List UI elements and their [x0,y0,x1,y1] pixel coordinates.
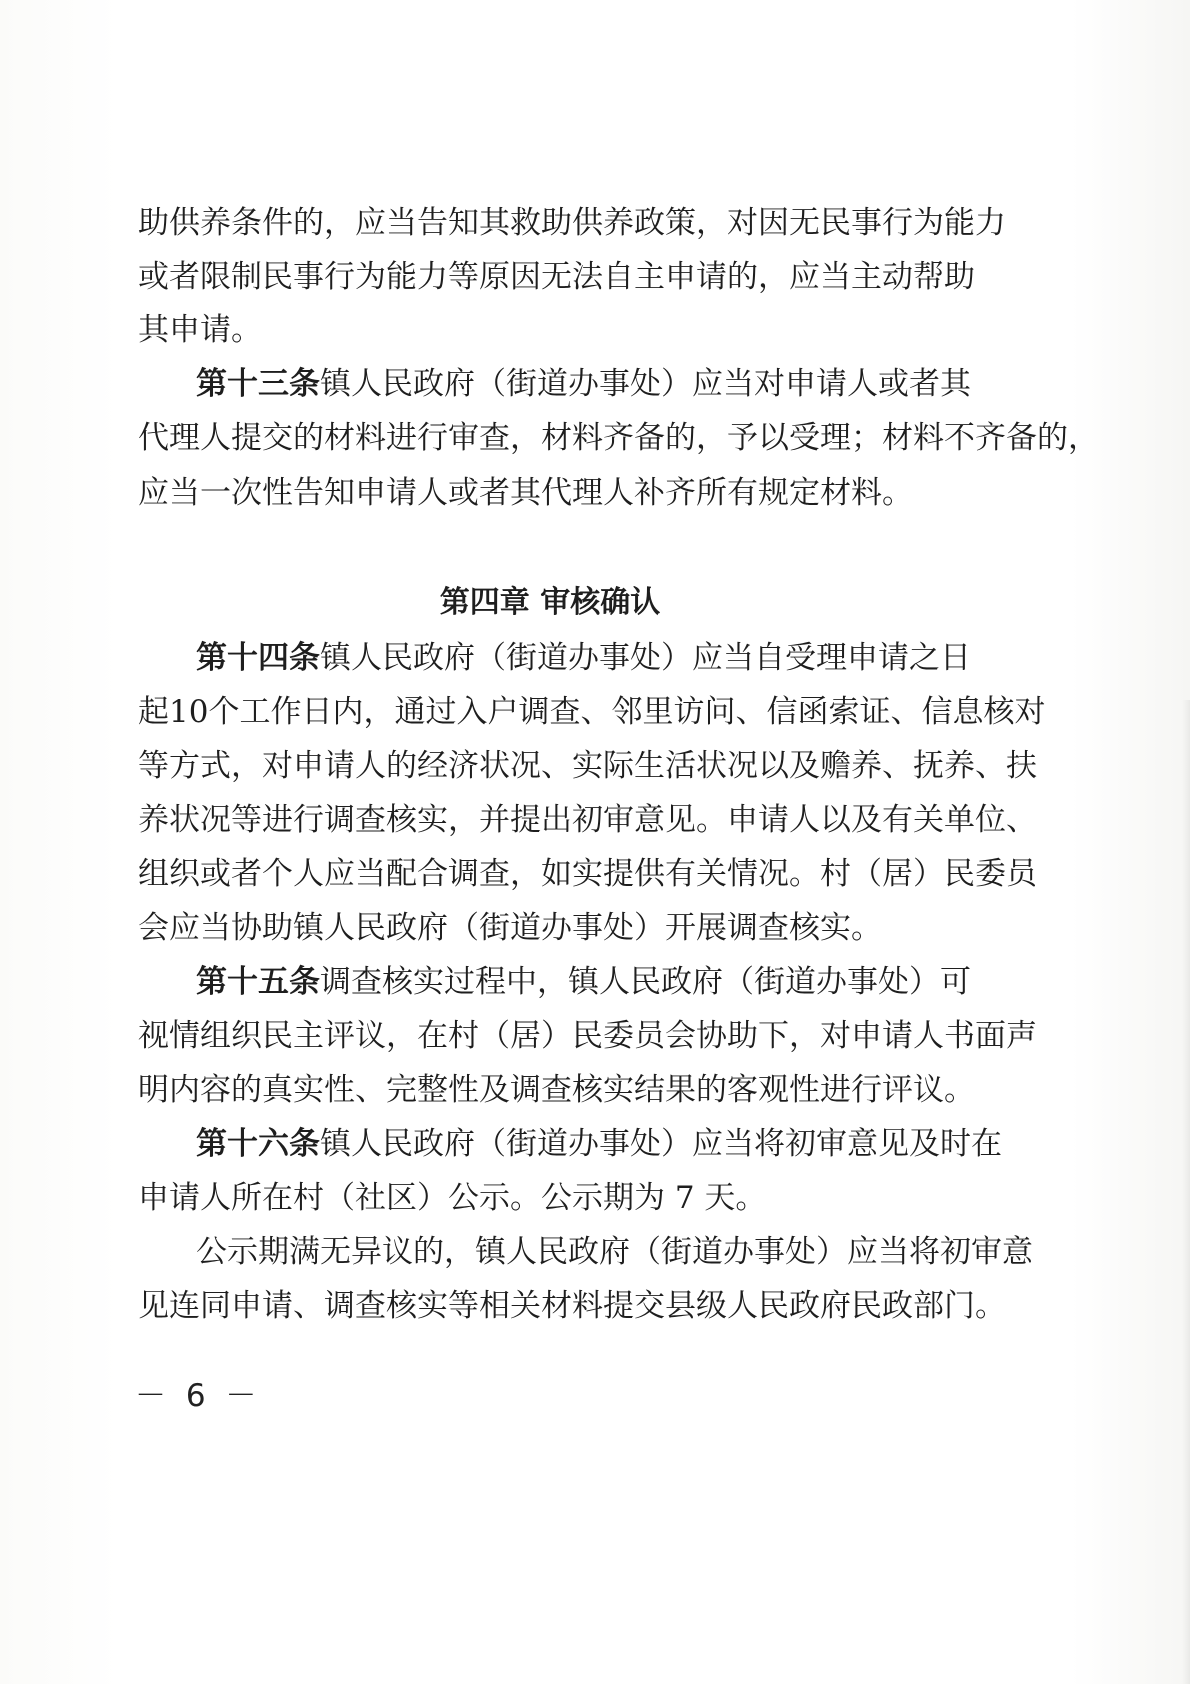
text-line: 见连同申请、调查核实等相关材料提交县级人民政府民政部门。 [138,1279,958,1333]
article-13-first-line: 第十三条镇人民政府（街道办事处）应当对申请人或者其 [196,357,958,411]
article-label: 第十六条 [196,1126,320,1162]
document-page: 助供养条件的，应当告知其救助供养政策，对因无民事行为能力 或者限制民事行为能力等… [0,0,1190,1684]
text-line: 明内容的真实性、完整性及调查核实结果的客观性进行评议。 [138,1063,958,1117]
text-line: 代理人提交的材料进行审查，材料齐备的，予以受理；材料不齐备的， [138,411,958,465]
article-label: 第十四条 [196,640,320,676]
text-line: 助供养条件的，应当告知其救助供养政策，对因无民事行为能力 [138,196,958,250]
article-15-first-line: 第十五条调查核实过程中，镇人民政府（街道办事处）可 [196,955,958,1009]
text-line: 公示期满无异议的，镇人民政府（街道办事处）应当将初审意 [196,1225,958,1279]
article-text: 镇人民政府（街道办事处）应当对申请人或者其 [320,366,971,402]
article-label: 第十三条 [196,366,320,402]
text-line: 会应当协助镇人民政府（街道办事处）开展调查核实。 [138,901,958,955]
text-line: 申请人所在村（社区）公示。公示期为 7 天。 [138,1171,958,1225]
article-text: 镇人民政府（街道办事处）应当将初审意见及时在 [320,1126,1002,1162]
text-line: 起10个工作日内，通过入户调查、邻里访问、信函索证、信息核对 [138,685,958,739]
scan-edge-shadow [1182,700,1190,1684]
text-line: 应当一次性告知申请人或者其代理人补齐所有规定材料。 [138,466,958,520]
article-14-first-line: 第十四条镇人民政府（街道办事处）应当自受理申请之日 [196,631,958,685]
text-line: 其申请。 [138,303,958,357]
article-16-first-line: 第十六条镇人民政府（街道办事处）应当将初审意见及时在 [196,1117,958,1171]
text-line: 或者限制民事行为能力等原因无法自主申请的，应当主动帮助 [138,250,958,304]
page-number: － 6 － [135,1372,256,1420]
chapter-heading: 第四章 审核确认 [0,576,1190,630]
text-line: 组织或者个人应当配合调查，如实提供有关情况。村（居）民委员 [138,847,958,901]
text-line: 等方式，对申请人的经济状况、实际生活状况以及赡养、抚养、扶 [138,739,958,793]
text-line: 视情组织民主评议，在村（居）民委员会协助下，对申请人书面声 [138,1009,958,1063]
text-line: 养状况等进行调查核实，并提出初审意见。申请人以及有关单位、 [138,793,958,847]
article-label: 第十五条 [196,964,320,1000]
article-text: 调查核实过程中，镇人民政府（街道办事处）可 [320,964,971,1000]
article-text: 镇人民政府（街道办事处）应当自受理申请之日 [320,640,971,676]
